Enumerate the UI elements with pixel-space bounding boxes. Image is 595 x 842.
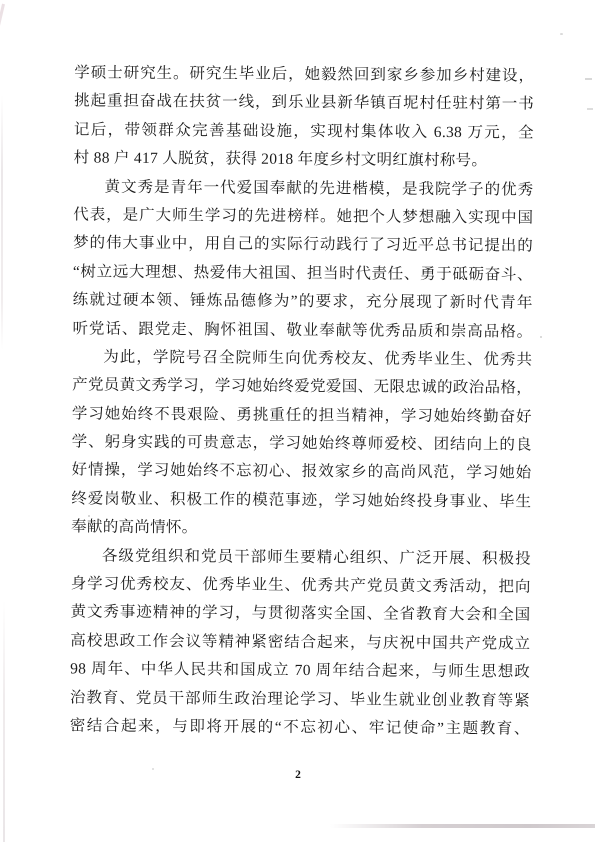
text-line: 高校思政工作会议等精神紧密结合起来，与庆祝中国共产党成立	[70, 627, 530, 659]
scan-artifact-speck	[152, 768, 154, 770]
paragraph-continuation: 学硕士研究生。研究生毕业后，她毅然回到家乡参加乡村建设， 挑起重担奋战在扶贫一线…	[74, 59, 535, 176]
scan-artifact-speck	[560, 33, 563, 35]
text-line: 挑起重担奋战在扶贫一线，到乐业县新华镇百坭村任驻村第一书	[74, 88, 534, 120]
text-line: 梦的伟大事业中，用自己的实际行动践行了习近平总书记提出的	[73, 230, 533, 262]
text-line: 听党话、跟党走、胸怀祖国、敬业奉献等优秀品质和崇高品格。	[72, 315, 532, 347]
paragraph-2: 黄文秀是青年一代爱国奉献的先进楷模，是我院学子的优秀 代表，是广大师生学习的先进…	[72, 173, 533, 347]
scan-artifact-speck	[585, 78, 592, 80]
text-line: 学、躬身实践的可贵意志，学习她始终尊师爱校、团结向上的良	[72, 428, 532, 460]
text-line: “树立远大理想、热爱伟大祖国、担当时代责任、勇于砥砺奋斗、	[73, 258, 533, 290]
text-line: 治教育、党员干部师生政治理论学习、毕业生就业创业教育等紧	[70, 684, 530, 716]
text-line: 奉献的高尚情怀。	[71, 514, 531, 546]
page-number: 2	[288, 769, 308, 781]
paragraph-4: 各级党组织和党员干部师生要精心组织、广泛开展、积极投 身学习优秀校友、优秀毕业生…	[70, 542, 531, 744]
paragraph-3: 为此，学院号召全院师生向优秀校友、优秀毕业生、优秀共 产党员黄文秀学习，学习她始…	[71, 343, 532, 545]
scan-artifact-speck	[540, 336, 542, 338]
text-line: 密结合起来，与即将开展的“不忘初心、牢记使命”主题教育、	[70, 712, 530, 744]
scan-artifact-left-streak	[1, 95, 3, 350]
scan-artifact-left-streak	[3, 600, 5, 842]
text-line: 记后，带领群众完善基础设施，实现村集体收入 6.38 万元，全	[74, 116, 534, 148]
text-line: 村 88 户 417 人脱贫，获得 2018 年度乡村文明红旗村称号。	[74, 145, 534, 177]
scan-artifact-speck	[587, 108, 593, 110]
text-line: 身学习优秀校友、优秀毕业生、优秀共产党员黄文秀活动，把向	[71, 570, 531, 602]
text-line: 终爱岗敬业、积极工作的模范事迹，学习她始终投身事业、毕生	[71, 485, 531, 517]
text-line: 好情操，学习她始终不忘初心、报效家乡的高尚风范，学习她始	[71, 457, 531, 489]
text-line: 练就过硬本领、锤炼品德修为”的要求，充分展现了新时代青年	[73, 287, 533, 319]
text-line: 黄文秀事迹精神的学习，与贯彻落实全国、全省教育大会和全国	[70, 599, 530, 631]
text-line: 98 周年、中华人民共和国成立 70 周年结合起来，与师生思想政	[70, 656, 530, 688]
scan-artifact-diagonal-streak	[0, 4, 5, 98]
text-line: 学习她始终不畏艰险、勇挑重任的担当精神，学习她始终勤奋好	[72, 400, 532, 432]
text-line: 代表，是广大师生学习的先进榜样。她把个人梦想融入实现中国	[73, 201, 533, 233]
text-line: 黄文秀是青年一代爱国奉献的先进楷模，是我院学子的优秀	[73, 173, 533, 205]
text-line: 学硕士研究生。研究生毕业后，她毅然回到家乡参加乡村建设，	[74, 59, 534, 91]
text-line: 为此，学院号召全院师生向优秀校友、优秀毕业生、优秀共	[72, 343, 532, 375]
scan-artifact-bottom-streak	[330, 824, 595, 828]
text-line: 产党员黄文秀学习，学习她始终爱党爱国、无限忠诚的政治品格，	[72, 372, 532, 404]
document-body-text: 学硕士研究生。研究生毕业后，她毅然回到家乡参加乡村建设， 挑起重担奋战在扶贫一线…	[70, 59, 535, 744]
document-page: 学硕士研究生。研究生毕业后，她毅然回到家乡参加乡村建设， 挑起重担奋战在扶贫一线…	[0, 0, 595, 842]
text-line: 各级党组织和党员干部师生要精心组织、广泛开展、积极投	[71, 542, 531, 574]
